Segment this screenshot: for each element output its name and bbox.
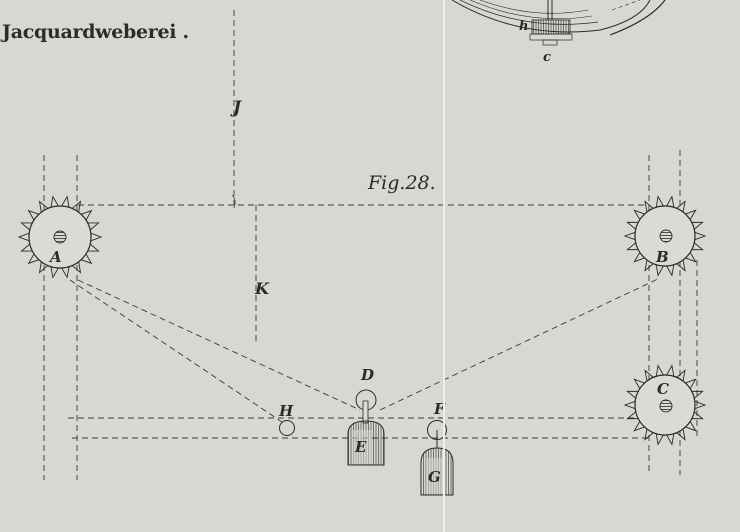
pulley-h: H	[278, 402, 295, 436]
gear-c: C	[625, 366, 705, 445]
svg-text:G: G	[428, 468, 441, 486]
svg-text:D: D	[360, 366, 374, 384]
gear-b: B	[625, 197, 705, 276]
page-fold-line	[443, 0, 445, 532]
weight-g: G	[421, 448, 453, 495]
svg-text:C: C	[657, 380, 669, 398]
svg-text:h: h	[519, 19, 528, 34]
gear-a: A	[19, 197, 101, 278]
svg-text:E: E	[354, 438, 367, 456]
jacquard-diagram: h c Fig.28. A B	[0, 0, 740, 532]
label-j: J	[230, 98, 242, 118]
svg-text:c: c	[543, 50, 551, 65]
dashed-cords	[44, 10, 697, 480]
label-k: K	[254, 279, 270, 298]
svg-text:B: B	[655, 248, 669, 266]
top-wheel-fragment: h c	[452, 0, 665, 65]
figure-label: Fig.28.	[367, 172, 436, 194]
svg-text:H: H	[278, 402, 294, 420]
weight-e: E	[348, 401, 384, 465]
svg-text:A: A	[48, 248, 62, 266]
